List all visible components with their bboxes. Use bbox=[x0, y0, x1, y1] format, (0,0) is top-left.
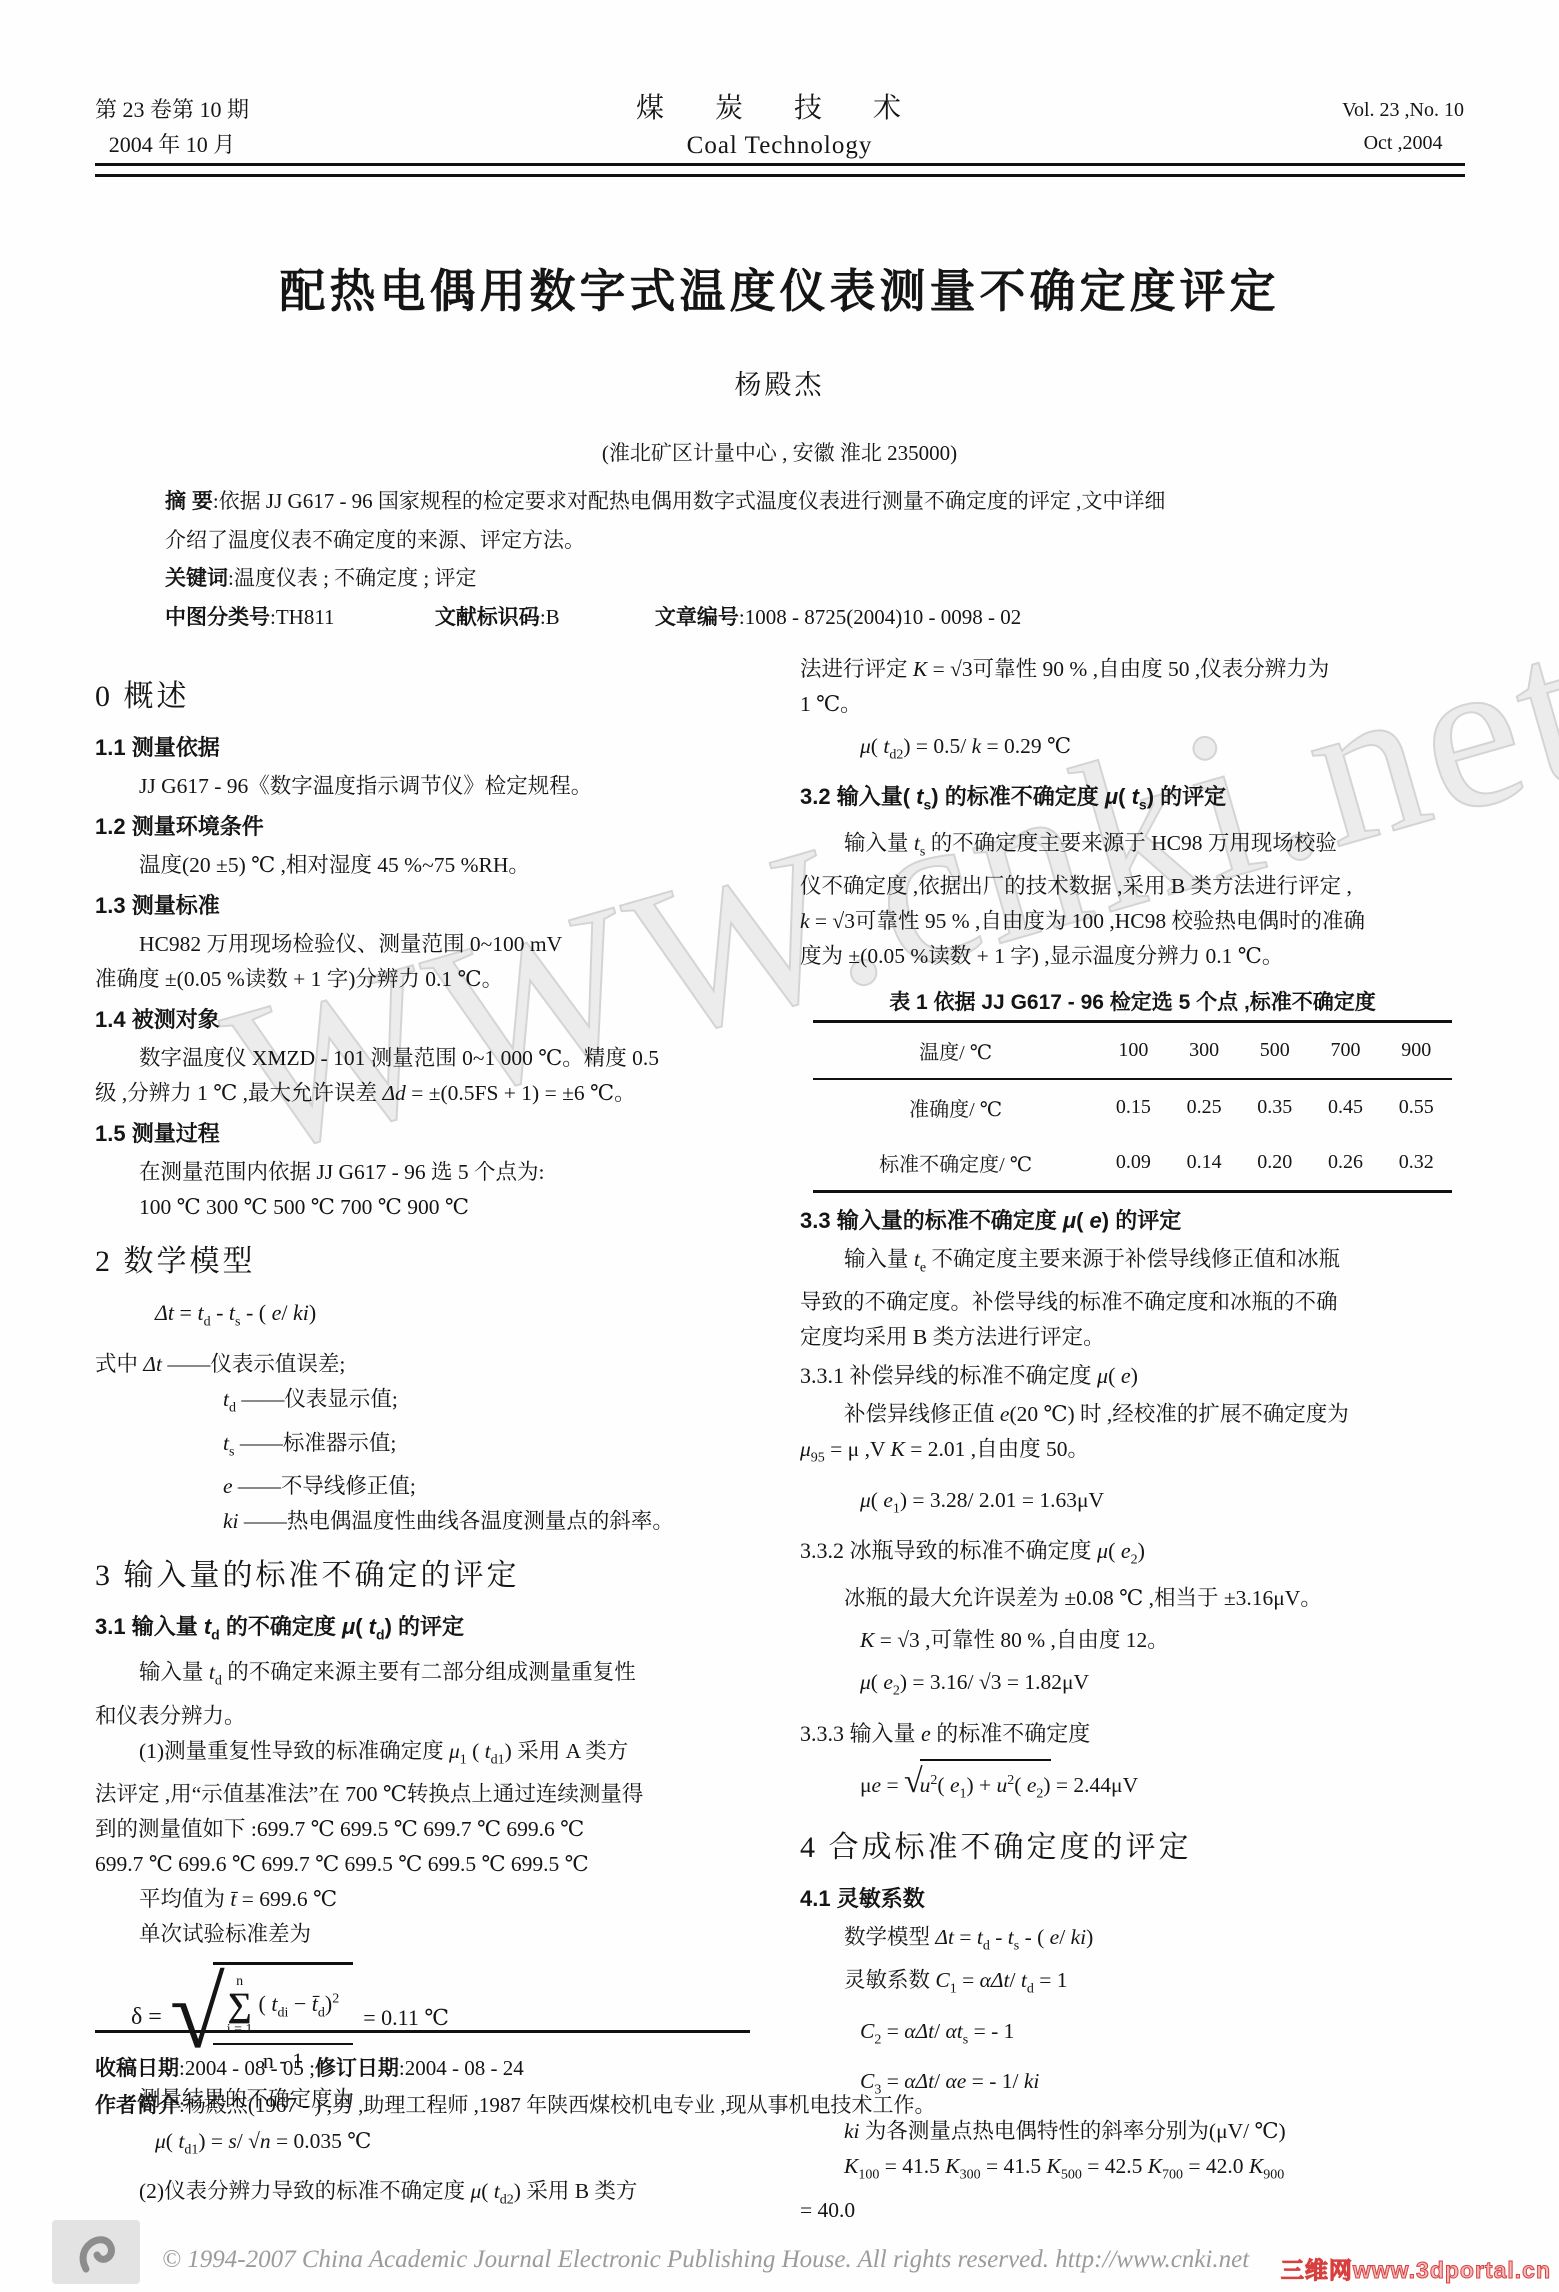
journal-title-en: Coal Technology bbox=[0, 132, 1559, 160]
header-volume: Vol. 23 ,No. 10 Oct ,2004 bbox=[1342, 94, 1464, 160]
text-line: k = √3可靠性 95 % ,自由度为 100 ,HC98 校验热电偶时的准确 bbox=[800, 904, 1465, 939]
table-title: 表 1 依据 JJ G617 - 96 检定选 5 个点 ,标准不确定度 bbox=[800, 986, 1465, 1016]
text-line: 单次试验标准差为 bbox=[95, 1917, 760, 1952]
formula-result: = 0.11 ℃ bbox=[363, 2005, 449, 2031]
text-line: 输入量 te 不确定度主要来源于补偿导线修正值和冰瓶 bbox=[800, 1242, 1465, 1285]
publisher-logo bbox=[52, 2220, 140, 2284]
definition-line: td ——仪表显示值; bbox=[95, 1382, 760, 1425]
text-line: 法进行评定 K = √3可靠性 90 % ,自由度 50 ,仪表分辨力为 bbox=[800, 652, 1465, 687]
article-id-value: :1008 - 8725(2004)10 - 0098 - 02 bbox=[739, 598, 1021, 636]
table-row: 标准不确定度/ ℃ 0.09 0.14 0.20 0.26 0.32 bbox=[813, 1135, 1451, 1192]
footnote-bio: 作者简介:杨殿杰(1967 - ) ,男 ,助理工程师 ,1987 年陕西煤校机… bbox=[95, 2087, 1495, 2124]
copyright-text: © 1994-2007 China Academic Journal Elect… bbox=[162, 2246, 1249, 2274]
text-line: JJ G617 - 96《数字温度指示调节仪》检定规程。 bbox=[95, 769, 760, 804]
column-left: 0 概述 1.1 测量依据 JJ G617 - 96《数字温度指示调节仪》检定规… bbox=[95, 660, 760, 2218]
subsection-heading: 4.1 灵敏系数 bbox=[800, 1881, 1465, 1917]
header-divider bbox=[95, 163, 1465, 177]
header-journal: 煤 炭 技 术 Coal Technology bbox=[0, 86, 1559, 160]
text-line: K100 = 41.5 K300 = 41.5 K500 = 42.5 K700… bbox=[800, 2149, 1465, 2192]
clc-value: :TH811 bbox=[270, 598, 335, 636]
formula-lhs: μe = bbox=[860, 1773, 904, 1797]
keywords-text: :温度仪表 ; 不确定度 ; 评定 bbox=[228, 566, 477, 590]
text-line: μ95 = μ ,V K = 2.01 ,自由度 50。 bbox=[800, 1432, 1465, 1475]
summation-symbol: n ∑ i = 1 bbox=[227, 1975, 253, 2037]
subsubsection-heading: 3.3.2 冰瓶导致的标准不确定度 μ( e2) bbox=[800, 1533, 1465, 1578]
subsubsection-heading: 3.3.1 补偿异线的标准不确定度 μ( e) bbox=[800, 1358, 1465, 1394]
abstract-label: 摘 要 bbox=[165, 490, 213, 513]
text-line: 补偿异线修正值 e(20 ℃) 时 ,经校准的扩展不确定度为 bbox=[800, 1397, 1465, 1432]
journal-page: WWW.cnki.net 第 23 卷第 10 期 2004 年 10 月 煤 … bbox=[0, 0, 1559, 2292]
text-line: 699.7 ℃ 699.6 ℃ 699.7 ℃ 699.5 ℃ 699.5 ℃ … bbox=[95, 1847, 760, 1882]
text-line: 数字温度仪 XMZD - 101 测量范围 0~1 000 ℃。精度 0.5 bbox=[95, 1041, 760, 1076]
text-line: 度为 ±(0.05 %读数 + 1 字) ,显示温度分辨力 0.1 ℃。 bbox=[800, 939, 1465, 974]
text-line: 和仪表分辨力。 bbox=[95, 1699, 760, 1734]
formula: Δt = td - ts - ( e/ ki) bbox=[95, 1295, 760, 1339]
definition-line: e ——不导线修正值; bbox=[95, 1469, 760, 1504]
column-right: 法进行评定 K = √3可靠性 90 % ,自由度 50 ,仪表分辨力为 1 ℃… bbox=[800, 652, 1465, 2228]
definition-line: ki ——热电偶温度性曲线各温度测量点的斜率。 bbox=[95, 1504, 760, 1539]
section-heading: 0 概述 bbox=[95, 676, 760, 718]
subsection-heading: 1.3 测量标准 bbox=[95, 888, 760, 924]
date-line: Oct ,2004 bbox=[1342, 127, 1464, 160]
text-line: 输入量 td 的不确定来源主要有二部分组成测量重复性 bbox=[95, 1655, 760, 1698]
text-line: 级 ,分辨力 1 ℃ ,最大允许误差 Δd = ±(0.5FS + 1) = ±… bbox=[95, 1076, 760, 1111]
formula-result: = 2.44μV bbox=[1051, 1773, 1139, 1797]
subsection-heading: 1.4 被测对象 bbox=[95, 1002, 760, 1038]
subsection-heading: 1.2 测量环境条件 bbox=[95, 809, 760, 845]
text-line: 数学模型 Δt = td - ts - ( e/ ki) bbox=[800, 1920, 1465, 1963]
combined-uncertainty-formula: μe = √u2( e1) + u2( e2) = 2.44μV bbox=[800, 1759, 1465, 1811]
text-line: 100 ℃ 300 ℃ 500 ℃ 700 ℃ 900 ℃ bbox=[95, 1190, 760, 1225]
abstract-block: 摘 要:依据 JJ G617 - 96 国家规程的检定要求对配热电偶用数字式温度… bbox=[165, 482, 1405, 637]
text-line: 准确度 ±(0.05 %读数 + 1 字)分辨力 0.1 ℃。 bbox=[95, 962, 760, 997]
text-line: 冰瓶的最大允许误差为 ±0.08 ℃ ,相当于 ±3.16μV。 bbox=[800, 1581, 1465, 1616]
doc-code-label: 文献标识码 bbox=[435, 599, 540, 637]
sqrt-sign: √ bbox=[170, 1971, 225, 2056]
definition-line: ts ——标准器示值; bbox=[95, 1426, 760, 1469]
article-id-label: 文章编号 bbox=[655, 599, 739, 637]
text-line: 1 ℃。 bbox=[800, 687, 1465, 722]
text-line: HC982 万用现场检验仪、测量范围 0~100 mV bbox=[95, 927, 760, 962]
text-line: = 40.0 bbox=[800, 2193, 1465, 2228]
subsection-heading: 3.1 输入量 td 的不确定度 μ( td) 的评定 bbox=[95, 1609, 760, 1652]
text-line: 定度均采用 B 类方法进行评定。 bbox=[800, 1320, 1465, 1355]
keywords-label: 关键词 bbox=[165, 567, 228, 590]
uncertainty-table: 温度/ ℃ 100 300 500 700 900 准确度/ ℃ 0.15 0.… bbox=[813, 1020, 1451, 1193]
author-name: 杨殿杰 bbox=[0, 363, 1559, 402]
subsection-heading: 1.5 测量过程 bbox=[95, 1116, 760, 1152]
footnote-block: 收稿日期:2004 - 08 - 05 ;修订日期:2004 - 08 - 24… bbox=[95, 2050, 1495, 2124]
journal-title-cn: 煤 炭 技 术 bbox=[0, 86, 1559, 126]
text-line: (2)仪表分辨力导致的标准不确定度 μ( td2) 采用 B 类方 bbox=[95, 2174, 760, 2217]
formula: K = √3 ,可靠性 80 % ,自由度 12。 bbox=[800, 1623, 1465, 1658]
abstract-line1: 摘 要:依据 JJ G617 - 96 国家规程的检定要求对配热电偶用数字式温度… bbox=[165, 482, 1405, 521]
doc-code-value: :B bbox=[540, 598, 560, 636]
section-heading: 3 输入量的标准不确定的评定 bbox=[95, 1555, 760, 1597]
classification-line: 中图分类号:TH811 文献标识码:B 文章编号:1008 - 8725(200… bbox=[165, 598, 1405, 637]
text-line: 式中 Δt ——仪表示值误差; bbox=[95, 1347, 760, 1382]
text-line: 温度(20 ±5) ℃ ,相对湿度 45 %~75 %RH。 bbox=[95, 848, 760, 883]
formula: μ( td2) = 0.5/ k = 0.29 ℃ bbox=[800, 729, 1465, 772]
affiliation: (淮北矿区计量中心 , 安徽 淮北 235000) bbox=[0, 437, 1559, 467]
text-line: 到的测量值如下 :699.7 ℃ 699.5 ℃ 699.7 ℃ 699.6 ℃ bbox=[95, 1812, 760, 1847]
radicand: u2( e1) + u2( e2) bbox=[920, 1759, 1051, 1811]
formula-numerator: ( tdi − t̄d)2 bbox=[259, 1991, 340, 2021]
subsection-heading: 1.1 测量依据 bbox=[95, 730, 760, 766]
text-line: 在测量范围内依据 JJ G617 - 96 选 5 个点为: bbox=[95, 1155, 760, 1190]
formula: μ( e1) = 3.28/ 2.01 = 1.63μV bbox=[800, 1483, 1465, 1526]
text-line: 法评定 ,用“示值基准法”在 700 ℃转换点上通过连续测量得 bbox=[95, 1777, 760, 1812]
subsubsection-heading: 3.3.3 输入量 e 的标准不确定度 bbox=[800, 1716, 1465, 1752]
table-row: 准确度/ ℃ 0.15 0.25 0.35 0.45 0.55 bbox=[813, 1079, 1451, 1135]
text-line: 输入量 ts 的不确定度主要来源于 HC98 万用现场校验 bbox=[800, 826, 1465, 869]
text-line: 导致的不确定度。补偿导线的标准不确定度和冰瓶的不确 bbox=[800, 1285, 1465, 1320]
abstract-text1: :依据 JJ G617 - 96 国家规程的检定要求对配热电偶用数字式温度仪表进… bbox=[213, 489, 1166, 513]
subsection-heading: 3.2 输入量( ts) 的标准不确定度 μ( ts) 的评定 bbox=[800, 779, 1465, 822]
keywords-line: 关键词:温度仪表 ; 不确定度 ; 评定 bbox=[165, 559, 1405, 598]
formula-lhs: δ = bbox=[131, 2004, 162, 2031]
table-row: 温度/ ℃ 100 300 500 700 900 bbox=[813, 1021, 1451, 1079]
abstract-line2: 介绍了温度仪表不确定度的来源、评定方法。 bbox=[165, 521, 1405, 559]
section-heading: 2 数学模型 bbox=[95, 1241, 760, 1283]
text-line: 仪不确定度 ,依据出厂的技术数据 ,采用 B 类方法进行评定 , bbox=[800, 869, 1465, 904]
text-line: (1)测量重复性导致的标准确定度 μ1 ( td1) 采用 A 类方 bbox=[95, 1734, 760, 1777]
clc-label: 中图分类号 bbox=[165, 599, 270, 637]
subsection-heading: 3.3 输入量的标准不确定度 μ( e) 的评定 bbox=[800, 1203, 1465, 1239]
swirl-icon bbox=[68, 2229, 124, 2275]
text-line: 平均值为 t̄ = 699.6 ℃ bbox=[95, 1882, 760, 1917]
page-title: 配热电偶用数字式温度仪表测量不确定度评定 bbox=[0, 255, 1559, 321]
volume-line: Vol. 23 ,No. 10 bbox=[1342, 94, 1464, 127]
formula: μ( td1) = s/ √n = 0.035 ℃ bbox=[95, 2124, 760, 2167]
formula: μ( e2) = 3.16/ √3 = 1.82μV bbox=[800, 1665, 1465, 1708]
text-line: 灵敏系数 C1 = αΔt/ td = 1 bbox=[800, 1963, 1465, 2006]
section-heading: 4 合成标准不确定度的评定 bbox=[800, 1827, 1465, 1869]
red-watermark: 三维网www.3dportal.cn bbox=[1281, 2252, 1551, 2285]
footnote-dates: 收稿日期:2004 - 08 - 05 ;修订日期:2004 - 08 - 24 bbox=[95, 2050, 1495, 2087]
